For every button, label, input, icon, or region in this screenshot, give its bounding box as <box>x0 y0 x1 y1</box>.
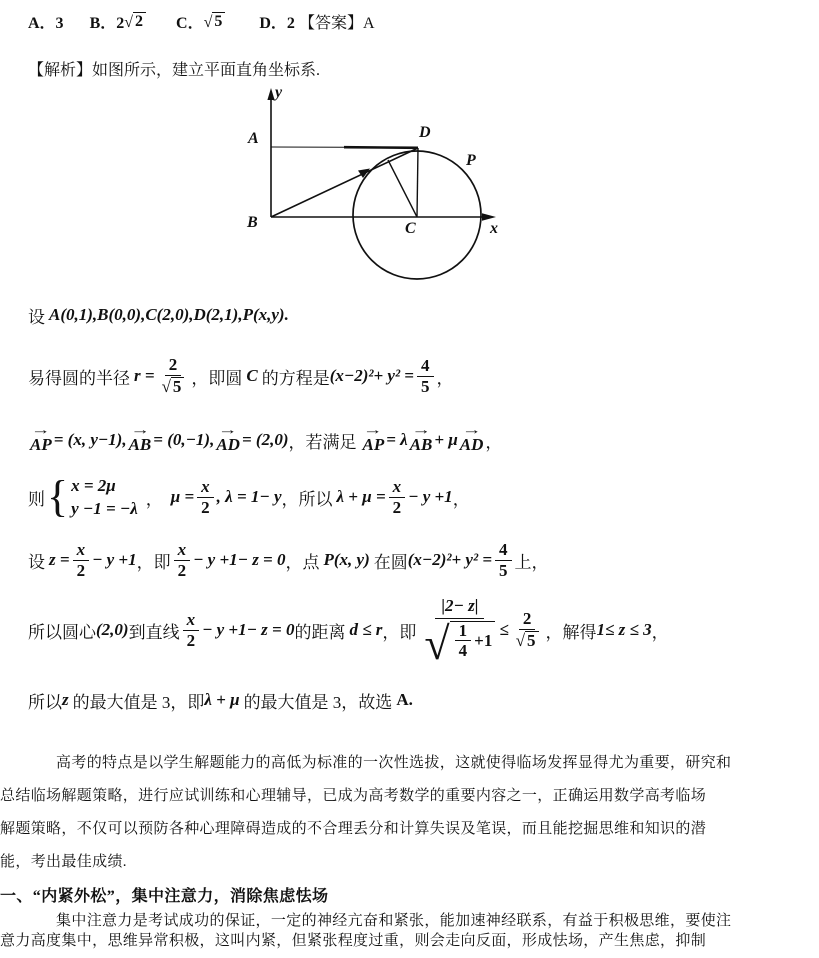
label-point-C: C <box>405 220 416 238</box>
section-heading: 一、“内紧外松”，集中注意力，消除焦虑怯场 <box>0 883 328 906</box>
sqrt-2: √ 2 <box>124 12 146 31</box>
sqrt-5: √ 5 <box>516 631 539 650</box>
vector-AB: →AB <box>410 426 433 455</box>
fraction: 4 5 <box>417 357 434 396</box>
label-point-P: P <box>466 152 476 170</box>
nested-sqrt: √ 1 4 +1 <box>424 621 495 663</box>
option-b: B．2 √ 2 <box>90 10 146 33</box>
equation-cases: x = 2μ y −1 = −λ <box>71 476 138 519</box>
formula-system: 则 { x = 2μ y −1 = −λ ， μ = x 2 , λ = 1− … <box>28 466 470 528</box>
label-x-axis: x <box>490 220 498 238</box>
formula-radius: 易得圆的半径 r = 2 √ 5 ，即圆 C 的方程是 (x−2)²+ y² =… <box>28 350 454 402</box>
vector-arrow-icon: → <box>357 423 390 436</box>
label-point-D: D <box>419 124 431 142</box>
vector-arrow-icon: → <box>25 423 58 436</box>
vector-AD: →AD <box>460 426 484 455</box>
formula-set-points: 设 A(0,1),B(0,0),C(2,0),D(2,1),P(x,y). <box>28 301 289 329</box>
paragraph-concentration: 集中注意力是考试成功的保证，一定的神经亢奋和紧张，能加速神经联系，有益于积极思维… <box>0 911 700 951</box>
coordinate-diagram: y A B D C P x <box>228 86 520 298</box>
option-a: A．3 <box>28 10 64 33</box>
fraction: 1 4 <box>455 622 472 661</box>
paragraph-line: 高考的特点是以学生解题能力的高低为标准的一次性选拔，这就使得临场发挥显得尤为重要… <box>0 747 700 780</box>
radius-to-tangent <box>388 160 417 217</box>
paragraph-line: 意力高度集中，思维异常积极，这叫内紧，但紧张程度过重，则会走向反面，形成怯场，产… <box>0 931 700 951</box>
option-c: C． √ 5 <box>176 10 225 33</box>
formula-distance: 所以圆心 (2,0) 到直线 x 2 − y +1− z = 0 的距离 d ≤… <box>28 592 669 668</box>
vector-arrow-icon: → <box>454 423 489 436</box>
vector-arrow-icon: → <box>404 423 438 436</box>
fraction: x 2 <box>389 478 406 517</box>
answer-label: 【答案】A <box>299 10 375 33</box>
label-y-axis: y <box>275 84 282 102</box>
fraction: x 2 <box>174 541 191 580</box>
paragraph-line: 解题策略，不仅可以预防各种心理障碍造成的不合理丢分和计算失误及笔误，而且能挖掘思… <box>0 813 700 846</box>
label-point-B: B <box>247 214 258 232</box>
fraction: 2 √ 5 <box>158 356 189 396</box>
segment-DC <box>417 148 418 217</box>
option-d: D．2 <box>259 10 295 33</box>
formula-z: 设 z = x 2 − y +1 ，即 x 2 − y +1− z = 0 ，点… <box>28 536 549 584</box>
fraction: x 2 <box>73 541 90 580</box>
formula-conclusion: 所以 z 的最大值是 3，即 λ + μ 的最大值是 3，故选 A. <box>28 686 413 714</box>
formula-vectors: →AP = (x, y−1), →AB = (0,−1), →AD = (2,0… <box>28 422 502 458</box>
vector-AD: →AD <box>216 426 240 455</box>
options-line: A．3 B．2 √ 2 C． √ 5 D．2 【答案】A <box>28 8 375 34</box>
analysis-intro: 【解析】如图所示，建立平面直角坐标系. <box>28 55 320 81</box>
paragraph-line: 能，考出最佳成绩. <box>0 846 700 879</box>
vector-AB: →AB <box>129 426 152 455</box>
paragraph-line: 总结临场解题策略，进行应试训练和心理辅导，已成为高考数学的重要内容之一，正确运用… <box>0 780 700 813</box>
vector-AP: →AP <box>362 426 384 455</box>
distance-fraction: |2− z| √ 1 4 +1 <box>424 596 495 665</box>
vector-AP: →AP <box>30 426 52 455</box>
radical-sign: √ <box>124 15 133 30</box>
vector-arrow-icon: → <box>123 423 157 436</box>
diagram-canvas <box>228 86 520 298</box>
fraction: 2 √ 5 <box>512 610 543 650</box>
paragraph-line: 集中注意力是考试成功的保证，一定的神经亢奋和紧张，能加速神经联系，有益于积极思维… <box>0 911 700 931</box>
sqrt-5: √ 5 <box>162 377 185 396</box>
label-point-A: A <box>248 130 259 148</box>
fraction: 4 5 <box>495 541 512 580</box>
left-brace: { <box>47 478 68 515</box>
fraction: x 2 <box>183 611 200 650</box>
segment-BD <box>271 148 418 217</box>
segment-AD-bold <box>344 147 418 148</box>
radical-sign: √ <box>204 15 213 30</box>
vector-arrow-icon: → <box>210 423 245 436</box>
fraction: x 2 <box>197 478 214 517</box>
sqrt-5: √ 5 <box>204 12 226 31</box>
y-axis-arrowhead <box>267 88 274 100</box>
paragraph-exam-strategy: 高考的特点是以学生解题能力的高低为标准的一次性选拔，这就使得临场发挥显得尤为重要… <box>0 747 700 879</box>
